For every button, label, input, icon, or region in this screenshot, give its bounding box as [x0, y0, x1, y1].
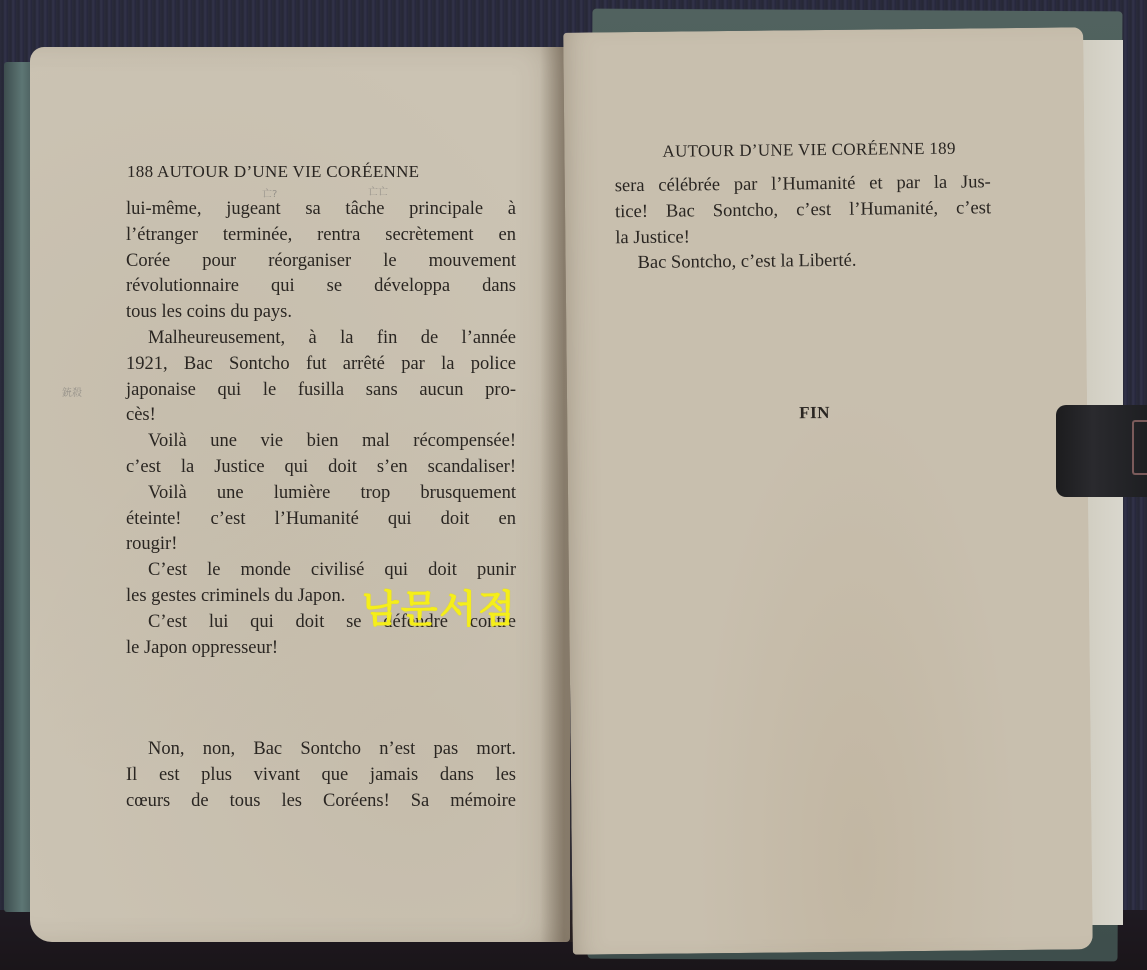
- text-line: Corée pour réorganiser le mouvement: [126, 249, 516, 275]
- paragraph: Voilà une vie bien mal récompensée! c’es…: [126, 429, 516, 481]
- end-mark: FIN: [799, 403, 830, 423]
- paragraph: Voilà une lumière trop brusquement étein…: [126, 481, 516, 558]
- text-line: la Justice!: [615, 222, 991, 252]
- text-line: Il est plus vivant que jamais dans les: [126, 763, 516, 789]
- text-line: éteinte! c’est l’Humanité qui doit en: [126, 507, 516, 533]
- text-line: sera célébrée par l’Humanité et par la J…: [615, 170, 991, 200]
- text-line: l’étranger terminée, rentra secrètement …: [126, 223, 516, 249]
- text-line: Malheureusement, à la fin de l’année: [126, 326, 516, 352]
- text-line: 1921, Bac Sontcho fut arrêté par la poli…: [126, 352, 516, 378]
- text-line: c’est la Justice qui doit s’en scandalis…: [126, 455, 516, 481]
- left-page-closing: Non, non, Bac Sontcho n’est pas mort. Il…: [126, 737, 516, 814]
- text-line: cœurs de tous les Coréens! Sa mémoire: [126, 789, 516, 815]
- paragraph: sera célébrée par l’Humanité et par la J…: [615, 170, 992, 251]
- paragraph: lui-même, jugeant sa tâche principale à …: [126, 197, 516, 326]
- text-line: cès!: [126, 403, 516, 429]
- text-line: lui-même, jugeant sa tâche principale à: [126, 197, 516, 223]
- right-page: AUTOUR D’UNE VIE CORÉENNE 189 sera céléb…: [563, 27, 1093, 954]
- right-page-body: sera célébrée par l’Humanité et par la J…: [615, 170, 992, 277]
- running-head-right: AUTOUR D’UNE VIE CORÉENNE 189: [662, 139, 955, 162]
- text-line: Voilà une vie bien mal récompensée!: [126, 429, 516, 455]
- paragraph: Bac Sontcho, c’est la Liberté.: [615, 248, 991, 278]
- text-line: japonaise qui le fusilla sans aucun pro-: [126, 378, 516, 404]
- watermark: 남문서점: [362, 578, 517, 633]
- text-line: révolutionnaire qui se développa dans: [126, 274, 516, 300]
- text-line: rougir!: [126, 532, 516, 558]
- text-line: Non, non, Bac Sontcho n’est pas mort.: [126, 737, 516, 763]
- pencil-annotation: 亡亡: [368, 183, 388, 198]
- text-line: tice! Bac Sontcho, c’est l’Humanité, c’e…: [615, 196, 991, 226]
- text-line: tous les coins du pays.: [126, 300, 516, 326]
- pencil-annotation: 銃殺: [62, 384, 82, 399]
- text-line: le Japon oppresseur!: [126, 636, 516, 662]
- text-line: Voilà une lumière trop brusquement: [126, 481, 516, 507]
- left-page: 188 AUTOUR D’UNE VIE CORÉENNE 亡? 亡亡 銃殺 l…: [30, 47, 570, 942]
- text-line: Bac Sontcho, c’est la Liberté.: [615, 248, 991, 278]
- running-head-left: 188 AUTOUR D’UNE VIE CORÉENNE: [127, 162, 419, 182]
- paragraph: Malheureusement, à la fin de l’année 192…: [126, 326, 516, 429]
- clip-label-icon: [1132, 420, 1147, 475]
